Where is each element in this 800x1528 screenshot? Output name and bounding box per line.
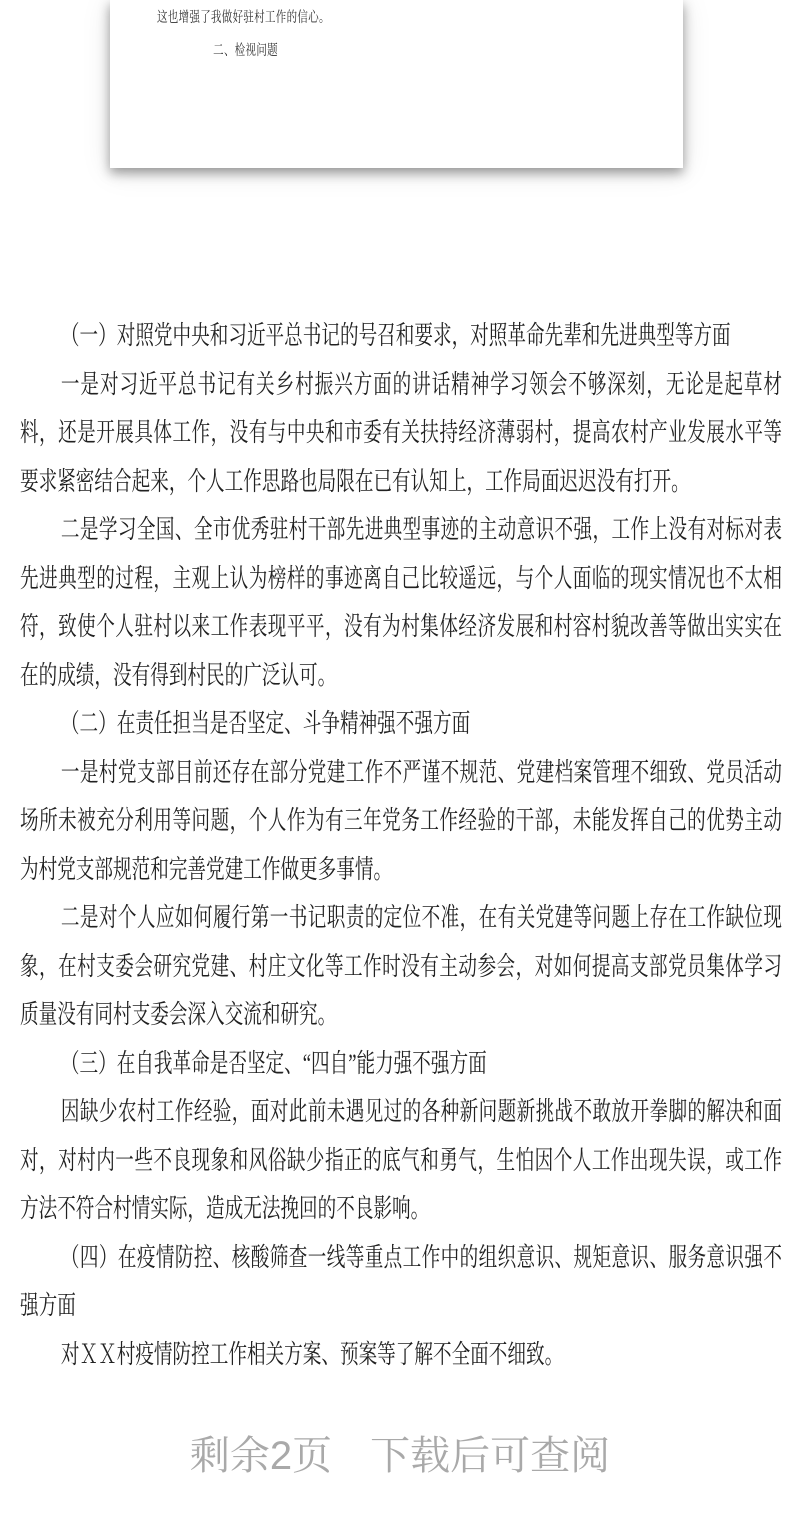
section-heading: （四）在疫情防控、核酸筛查一线等重点工作中的组织意识、规矩意识、服务意识强不强方… xyxy=(20,1234,782,1331)
doc-paragraph: 二是对个人应如何履行第一书记职责的定位不准，在有关党建等问题上存在工作缺位现象，… xyxy=(20,894,782,1040)
section-heading: （一）对照党中央和习近平总书记的号召和要求，对照革命先辈和先进典型等方面 xyxy=(20,312,782,361)
section-heading: （二）在责任担当是否坚定、斗争精神强不强方面 xyxy=(20,700,782,749)
doc-paragraph: 对ＸＸ村疫情防控工作相关方案、预案等了解不全面不细致。 xyxy=(20,1331,782,1380)
doc-paragraph: 一是对习近平总书记有关乡村振兴方面的讲话精神学习领会不够深刻，无论是起草材料，还… xyxy=(20,361,782,507)
download-hint[interactable]: 下载后可查阅 xyxy=(370,1434,610,1478)
section-heading: （三）在自我革命是否坚定、“四自”能力强不强方面 xyxy=(20,1040,782,1089)
doc-paragraph: 一是村党支部目前还存在部分党建工作不严谨不规范、党建档案管理不细致、党员活动场所… xyxy=(20,749,782,895)
previous-page-card: 这也增强了我做好驻村工作的信心。 二、检视问题 xyxy=(110,0,683,168)
previous-page-last-line: 这也增强了我做好驻村工作的信心。 xyxy=(157,8,661,28)
remaining-pages-label: 剩余2页 xyxy=(190,1434,332,1478)
doc-paragraph: 因缺少农村工作经验，面对此前未遇见过的各种新问题新挑战不敢放开拳脚的解决和面对，… xyxy=(20,1088,782,1234)
document-body: （一）对照党中央和习近平总书记的号召和要求，对照革命先辈和先进典型等方面 一是对… xyxy=(20,312,782,1379)
previous-page-section-heading: 二、检视问题 xyxy=(213,41,661,61)
previous-page-text: 这也增强了我做好驻村工作的信心。 二、检视问题 xyxy=(157,8,661,61)
doc-paragraph: 二是学习全国、全市优秀驻村干部先进典型事迹的主动意识不强，工作上没有对标对表先进… xyxy=(20,506,782,700)
preview-footer[interactable]: 剩余2页下载后可查阅 xyxy=(0,1424,800,1481)
